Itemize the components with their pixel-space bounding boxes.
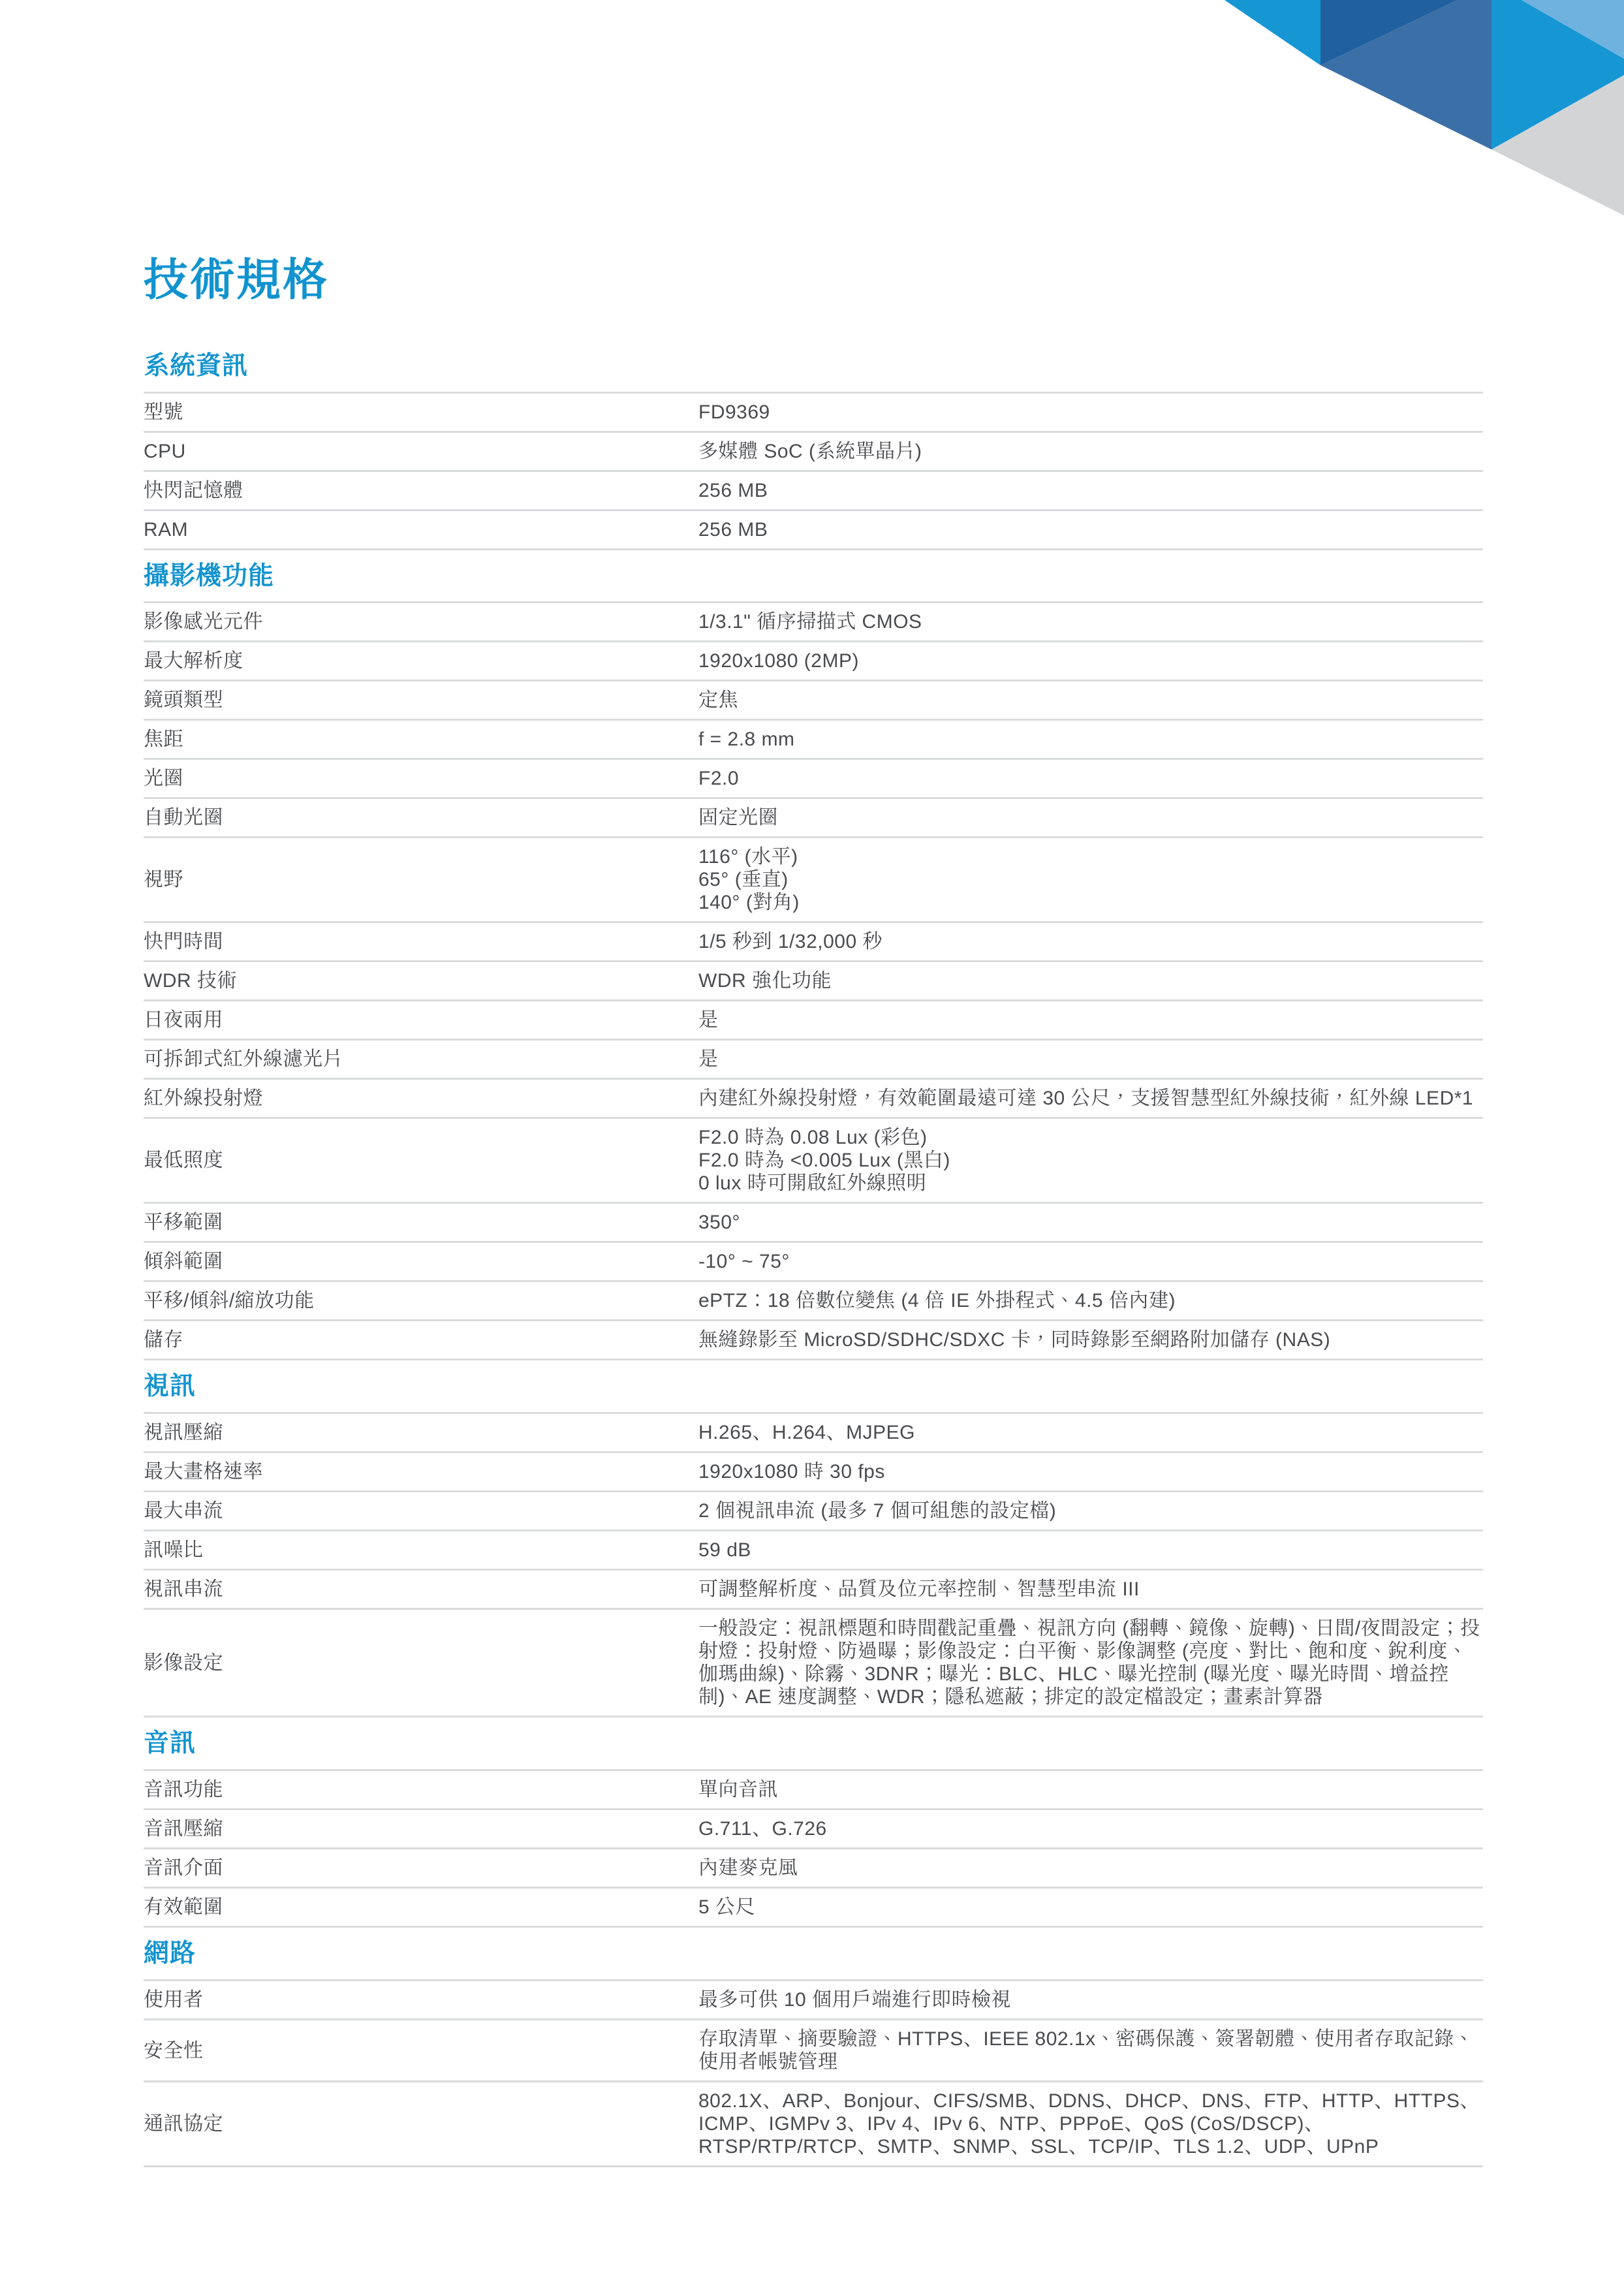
- spec-section: 攝影機功能影像感光元件1/3.1" 循序掃描式 CMOS最大解析度1920x10…: [144, 562, 1483, 1361]
- spec-row: CPU多媒體 SoC (系統單晶片): [144, 433, 1483, 472]
- section-title: 系統資訊: [144, 352, 1483, 381]
- spec-value-line: 是: [698, 1048, 1483, 1071]
- spec-label: 音訊功能: [144, 1778, 698, 1801]
- spec-value: G.711、G.726: [698, 1817, 1483, 1840]
- spec-value-line: F2.0: [698, 767, 1483, 790]
- spec-row: 快門時間1/5 秒到 1/32,000 秒: [144, 923, 1483, 962]
- spec-value-line: 固定光圈: [698, 806, 1483, 829]
- spec-row: 音訊壓縮G.711、G.726: [144, 1810, 1483, 1849]
- spec-row: 最大解析度1920x1080 (2MP): [144, 642, 1483, 682]
- spec-table: 音訊功能單向音訊音訊壓縮G.711、G.726音訊介面內建麥克風有效範圍5 公尺: [144, 1769, 1483, 1928]
- spec-value: 是: [698, 1048, 1483, 1071]
- spec-row: 自動光圈固定光圈: [144, 799, 1483, 838]
- spec-value: 最多可供 10 個用戶端進行即時檢視: [698, 1988, 1483, 2011]
- spec-value-line: 一般設定：視訊標題和時間戳記重疊、視訊方向 (翻轉、鏡像、旋轉)、日間/夜間設定…: [698, 1617, 1483, 1708]
- spec-value-line: 1920x1080 (2MP): [698, 650, 1483, 672]
- spec-row: 鏡頭類型定焦: [144, 682, 1483, 721]
- spec-row: 使用者最多可供 10 個用戶端進行即時檢視: [144, 1981, 1483, 2020]
- spec-row: 平移範圍350°: [144, 1204, 1483, 1243]
- corner-triangle-bright-left: [1225, 0, 1320, 65]
- spec-value-line: F2.0 時為 0.08 Lux (彩色): [698, 1126, 1483, 1149]
- spec-label: WDR 技術: [144, 969, 698, 992]
- spec-row: 日夜兩用是: [144, 1001, 1483, 1041]
- spec-row: 影像感光元件1/3.1" 循序掃描式 CMOS: [144, 603, 1483, 642]
- spec-label: 最低照度: [144, 1149, 698, 1172]
- spec-value: 內建麥克風: [698, 1857, 1483, 1879]
- spec-value-line: 0 lux 時可開啟紅外線照明: [698, 1172, 1483, 1195]
- spec-label: 鏡頭類型: [144, 689, 698, 712]
- spec-section: 視訊視訊壓縮H.265、H.264、MJPEG最大畫格速率1920x1080 時…: [144, 1372, 1483, 1717]
- spec-label: 安全性: [144, 2039, 698, 2062]
- spec-row: 訊噪比59 dB: [144, 1531, 1483, 1571]
- spec-row: 最低照度F2.0 時為 0.08 Lux (彩色)F2.0 時為 <0.005 …: [144, 1119, 1483, 1204]
- spec-sheet: 技術規格 系統資訊型號FD9369CPU多媒體 SoC (系統單晶片)快閃記憶體…: [144, 256, 1483, 2167]
- spec-value: 一般設定：視訊標題和時間戳記重疊、視訊方向 (翻轉、鏡像、旋轉)、日間/夜間設定…: [698, 1617, 1483, 1708]
- spec-row: 可拆卸式紅外線濾光片是: [144, 1041, 1483, 1080]
- spec-label: 視訊壓縮: [144, 1421, 698, 1444]
- spec-value-line: 256 MB: [698, 518, 1483, 541]
- section-title: 視訊: [144, 1372, 1483, 1402]
- spec-value: 1/3.1" 循序掃描式 CMOS: [698, 610, 1483, 633]
- spec-label: 通訊協定: [144, 2112, 698, 2135]
- spec-value-line: 140° (對角): [698, 891, 1483, 914]
- spec-value: WDR 強化功能: [698, 969, 1483, 992]
- spec-label: 使用者: [144, 1988, 698, 2011]
- spec-row: 視訊串流可調整解析度、品質及位元率控制、智慧型串流 III: [144, 1571, 1483, 1610]
- spec-label: 平移/傾斜/縮放功能: [144, 1289, 698, 1312]
- spec-row: 通訊協定802.1X、ARP、Bonjour、CIFS/SMB、DDNS、DHC…: [144, 2082, 1483, 2167]
- spec-label: 訊噪比: [144, 1539, 698, 1561]
- spec-label: 視訊串流: [144, 1578, 698, 1601]
- spec-value: 256 MB: [698, 479, 1483, 502]
- spec-value: 定焦: [698, 689, 1483, 712]
- spec-label: 快門時間: [144, 930, 698, 953]
- spec-label: 視野: [144, 868, 698, 891]
- spec-value: F2.0 時為 0.08 Lux (彩色)F2.0 時為 <0.005 Lux …: [698, 1126, 1483, 1195]
- spec-value: 存取清單、摘要驗證、HTTPS、IEEE 802.1x、密碼保護、簽署韌體、使用…: [698, 2028, 1483, 2073]
- spec-value-line: F2.0 時為 <0.005 Lux (黑白): [698, 1149, 1483, 1172]
- spec-label: 光圈: [144, 767, 698, 790]
- spec-label: 傾斜範圍: [144, 1250, 698, 1273]
- spec-value: 2 個視訊串流 (最多 7 個可組態的設定檔): [698, 1499, 1483, 1522]
- spec-value-line: 116° (水平): [698, 845, 1483, 868]
- spec-value: F2.0: [698, 767, 1483, 790]
- spec-section: 網路使用者最多可供 10 個用戶端進行即時檢視安全性存取清單、摘要驗證、HTTP…: [144, 1939, 1483, 2167]
- spec-label: 儲存: [144, 1328, 698, 1351]
- spec-value: 是: [698, 1009, 1483, 1031]
- spec-label: 焦距: [144, 728, 698, 751]
- spec-label: 音訊壓縮: [144, 1817, 698, 1840]
- spec-value-line: 1/3.1" 循序掃描式 CMOS: [698, 610, 1483, 633]
- section-title: 網路: [144, 1939, 1483, 1969]
- spec-value-line: WDR 強化功能: [698, 969, 1483, 992]
- spec-label: 平移範圍: [144, 1211, 698, 1234]
- spec-value: 1920x1080 時 30 fps: [698, 1460, 1483, 1483]
- spec-value: 多媒體 SoC (系統單晶片): [698, 440, 1483, 463]
- spec-row: 傾斜範圍-10° ~ 75°: [144, 1243, 1483, 1282]
- spec-row: 影像設定一般設定：視訊標題和時間戳記重疊、視訊方向 (翻轉、鏡像、旋轉)、日間/…: [144, 1610, 1483, 1717]
- spec-row: 最大畫格速率1920x1080 時 30 fps: [144, 1453, 1483, 1492]
- spec-label: 紅外線投射燈: [144, 1087, 698, 1110]
- spec-row: 視訊壓縮H.265、H.264、MJPEG: [144, 1414, 1483, 1453]
- spec-value: 350°: [698, 1211, 1483, 1234]
- spec-value: FD9369: [698, 401, 1483, 424]
- spec-table: 型號FD9369CPU多媒體 SoC (系統單晶片)快閃記憶體256 MBRAM…: [144, 392, 1483, 550]
- spec-label: RAM: [144, 518, 698, 541]
- spec-value-line: 最多可供 10 個用戶端進行即時檢視: [698, 1988, 1483, 2011]
- spec-row: 焦距f = 2.8 mm: [144, 721, 1483, 760]
- spec-row: 平移/傾斜/縮放功能ePTZ：18 倍數位變焦 (4 倍 IE 外掛程式、4.5…: [144, 1282, 1483, 1321]
- spec-label: 音訊介面: [144, 1857, 698, 1879]
- spec-label: 影像設定: [144, 1652, 698, 1674]
- spec-row: RAM256 MB: [144, 511, 1483, 550]
- spec-value-line: 5 公尺: [698, 1896, 1483, 1919]
- spec-label: 有效範圍: [144, 1896, 698, 1919]
- spec-value-line: 無縫錄影至 MicroSD/SDHC/SDXC 卡，同時錄影至網路附加儲存 (N…: [698, 1328, 1483, 1351]
- spec-value-line: FD9369: [698, 401, 1483, 424]
- page-title: 技術規格: [144, 256, 1483, 305]
- spec-label: 日夜兩用: [144, 1009, 698, 1031]
- spec-value-line: 802.1X、ARP、Bonjour、CIFS/SMB、DDNS、DHCP、DN…: [698, 2090, 1483, 2158]
- spec-value-line: 1920x1080 時 30 fps: [698, 1460, 1483, 1483]
- spec-value-line: 59 dB: [698, 1539, 1483, 1561]
- spec-label: 最大解析度: [144, 650, 698, 672]
- spec-label: CPU: [144, 440, 698, 463]
- spec-value: ePTZ：18 倍數位變焦 (4 倍 IE 外掛程式、4.5 倍內建): [698, 1289, 1483, 1312]
- spec-value-line: G.711、G.726: [698, 1817, 1483, 1840]
- spec-row: 音訊介面內建麥克風: [144, 1849, 1483, 1889]
- spec-section: 系統資訊型號FD9369CPU多媒體 SoC (系統單晶片)快閃記憶體256 M…: [144, 352, 1483, 550]
- sections: 系統資訊型號FD9369CPU多媒體 SoC (系統單晶片)快閃記憶體256 M…: [144, 352, 1483, 2167]
- spec-value: 內建紅外線投射燈，有效範圍最遠可達 30 公尺，支援智慧型紅外線技術，紅外線 L…: [698, 1087, 1483, 1110]
- spec-value-line: 65° (垂直): [698, 868, 1483, 891]
- spec-label: 最大畫格速率: [144, 1460, 698, 1483]
- spec-value: 256 MB: [698, 518, 1483, 541]
- spec-value: 固定光圈: [698, 806, 1483, 829]
- spec-value: 可調整解析度、品質及位元率控制、智慧型串流 III: [698, 1578, 1483, 1601]
- spec-value: 802.1X、ARP、Bonjour、CIFS/SMB、DDNS、DHCP、DN…: [698, 2090, 1483, 2158]
- spec-value-line: 單向音訊: [698, 1778, 1483, 1801]
- spec-value: f = 2.8 mm: [698, 728, 1483, 751]
- spec-section: 音訊音訊功能單向音訊音訊壓縮G.711、G.726音訊介面內建麥克風有效範圍5 …: [144, 1729, 1483, 1928]
- spec-row: 光圈F2.0: [144, 760, 1483, 799]
- spec-value-line: H.265、H.264、MJPEG: [698, 1421, 1483, 1444]
- section-title: 攝影機功能: [144, 562, 1483, 591]
- spec-value: 59 dB: [698, 1539, 1483, 1561]
- spec-value-line: ePTZ：18 倍數位變焦 (4 倍 IE 外掛程式、4.5 倍內建): [698, 1289, 1483, 1312]
- spec-value: -10° ~ 75°: [698, 1250, 1483, 1273]
- spec-value-line: 是: [698, 1009, 1483, 1031]
- spec-value-line: 350°: [698, 1211, 1483, 1234]
- corner-decoration: [1205, 0, 1624, 219]
- spec-value: H.265、H.264、MJPEG: [698, 1421, 1483, 1444]
- spec-value-line: 存取清單、摘要驗證、HTTPS、IEEE 802.1x、密碼保護、簽署韌體、使用…: [698, 2028, 1483, 2073]
- spec-row: 快閃記憶體256 MB: [144, 472, 1483, 511]
- spec-value-line: 內建紅外線投射燈，有效範圍最遠可達 30 公尺，支援智慧型紅外線技術，紅外線 L…: [698, 1087, 1483, 1110]
- spec-value-line: 多媒體 SoC (系統單晶片): [698, 440, 1483, 463]
- spec-label: 快閃記憶體: [144, 479, 698, 502]
- spec-value-line: 256 MB: [698, 479, 1483, 502]
- spec-value-line: 1/5 秒到 1/32,000 秒: [698, 930, 1483, 953]
- spec-row: WDR 技術WDR 強化功能: [144, 962, 1483, 1001]
- spec-value: 1/5 秒到 1/32,000 秒: [698, 930, 1483, 953]
- spec-value: 1920x1080 (2MP): [698, 650, 1483, 672]
- spec-label: 可拆卸式紅外線濾光片: [144, 1048, 698, 1071]
- spec-label: 型號: [144, 401, 698, 424]
- spec-row: 紅外線投射燈內建紅外線投射燈，有效範圍最遠可達 30 公尺，支援智慧型紅外線技術…: [144, 1080, 1483, 1119]
- spec-value-line: f = 2.8 mm: [698, 728, 1483, 751]
- spec-value-line: 內建麥克風: [698, 1857, 1483, 1879]
- spec-row: 儲存無縫錄影至 MicroSD/SDHC/SDXC 卡，同時錄影至網路附加儲存 …: [144, 1321, 1483, 1360]
- spec-row: 型號FD9369: [144, 394, 1483, 433]
- spec-value: 單向音訊: [698, 1778, 1483, 1801]
- spec-label: 自動光圈: [144, 806, 698, 829]
- spec-row: 有效範圍5 公尺: [144, 1889, 1483, 1928]
- spec-value-line: 定焦: [698, 689, 1483, 712]
- spec-value: 無縫錄影至 MicroSD/SDHC/SDXC 卡，同時錄影至網路附加儲存 (N…: [698, 1328, 1483, 1351]
- section-title: 音訊: [144, 1729, 1483, 1759]
- spec-value-line: -10° ~ 75°: [698, 1250, 1483, 1273]
- spec-row: 視野116° (水平)65° (垂直)140° (對角): [144, 838, 1483, 923]
- spec-table: 使用者最多可供 10 個用戶端進行即時檢視安全性存取清單、摘要驗證、HTTPS、…: [144, 1979, 1483, 2167]
- spec-row: 最大串流2 個視訊串流 (最多 7 個可組態的設定檔): [144, 1492, 1483, 1531]
- spec-label: 最大串流: [144, 1499, 698, 1522]
- spec-table: 影像感光元件1/3.1" 循序掃描式 CMOS最大解析度1920x1080 (2…: [144, 601, 1483, 1360]
- spec-value: 5 公尺: [698, 1896, 1483, 1919]
- spec-value-line: 2 個視訊串流 (最多 7 個可組態的設定檔): [698, 1499, 1483, 1522]
- spec-value-line: 可調整解析度、品質及位元率控制、智慧型串流 III: [698, 1578, 1483, 1601]
- spec-label: 影像感光元件: [144, 610, 698, 633]
- spec-table: 視訊壓縮H.265、H.264、MJPEG最大畫格速率1920x1080 時 3…: [144, 1412, 1483, 1717]
- spec-row: 音訊功能單向音訊: [144, 1771, 1483, 1810]
- spec-value: 116° (水平)65° (垂直)140° (對角): [698, 845, 1483, 914]
- spec-row: 安全性存取清單、摘要驗證、HTTPS、IEEE 802.1x、密碼保護、簽署韌體…: [144, 2020, 1483, 2082]
